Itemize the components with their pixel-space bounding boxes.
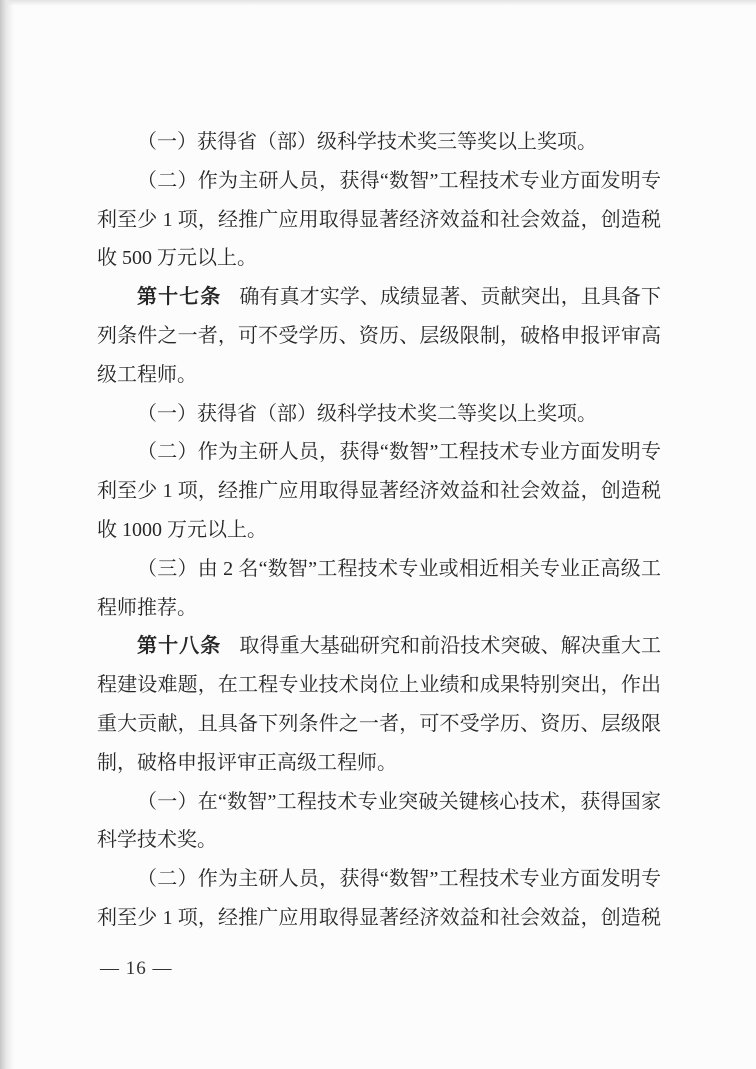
article-number: 第十七条 bbox=[137, 286, 221, 308]
text-line: （二）作为主研人员，获得“数智”工程技术专业方面发明专 bbox=[97, 433, 661, 472]
text-line: 第十七条确有真才实学、成绩显著、贡献突出，且具备下 bbox=[97, 278, 661, 317]
text-line: 科学技术奖。 bbox=[97, 821, 661, 860]
text-line: 程师推荐。 bbox=[97, 589, 661, 628]
text-line: 利至少 1 项，经推广应用取得显著经济效益和社会效益，创造税 bbox=[97, 472, 661, 511]
text-line: （二）作为主研人员，获得“数智”工程技术专业方面发明专 bbox=[97, 162, 661, 201]
text-line: 利至少 1 项，经推广应用取得显著经济效益和社会效益，创造税 bbox=[97, 201, 661, 240]
text-line: 收 500 万元以上。 bbox=[97, 239, 661, 278]
text-line: 制，破格申报评审正高级工程师。 bbox=[97, 744, 661, 783]
page-footer: — 16 — bbox=[100, 950, 173, 988]
text-line: 列条件之一者，可不受学历、资历、层级限制，破格申报评审高 bbox=[97, 317, 661, 356]
text-line: （一）获得省（部）级科学技术奖三等奖以上奖项。 bbox=[97, 123, 661, 162]
page-number: — 16 — bbox=[100, 958, 173, 979]
document-body: （一）获得省（部）级科学技术奖三等奖以上奖项。（二）作为主研人员，获得“数智”工… bbox=[97, 123, 661, 938]
article-number: 第十八条 bbox=[137, 635, 221, 657]
text-line: （二）作为主研人员，获得“数智”工程技术专业方面发明专 bbox=[97, 860, 661, 899]
text-line: 程建设难题，在工程专业技术岗位上业绩和成果特别突出，作出 bbox=[97, 666, 661, 705]
text-line: 第十八条取得重大基础研究和前沿技术突破、解决重大工 bbox=[97, 627, 661, 666]
text-line: 级工程师。 bbox=[97, 356, 661, 395]
document-page: （一）获得省（部）级科学技术奖三等奖以上奖项。（二）作为主研人员，获得“数智”工… bbox=[0, 0, 756, 1069]
text-line: 收 1000 万元以上。 bbox=[97, 511, 661, 550]
text-line: 重大贡献，且具备下列条件之一者，可不受学历、资历、层级限 bbox=[97, 705, 661, 744]
scan-edge-top bbox=[0, 0, 756, 6]
scan-edge-left bbox=[0, 0, 14, 1069]
text-line: （一）获得省（部）级科学技术奖二等奖以上奖项。 bbox=[97, 395, 661, 434]
text-line: （三）由 2 名“数智”工程技术专业或相近相关专业正高级工 bbox=[97, 550, 661, 589]
text-line: 利至少 1 项，经推广应用取得显著经济效益和社会效益，创造税 bbox=[97, 899, 661, 938]
text-line: （一）在“数智”工程技术专业突破关键核心技术，获得国家 bbox=[97, 783, 661, 822]
